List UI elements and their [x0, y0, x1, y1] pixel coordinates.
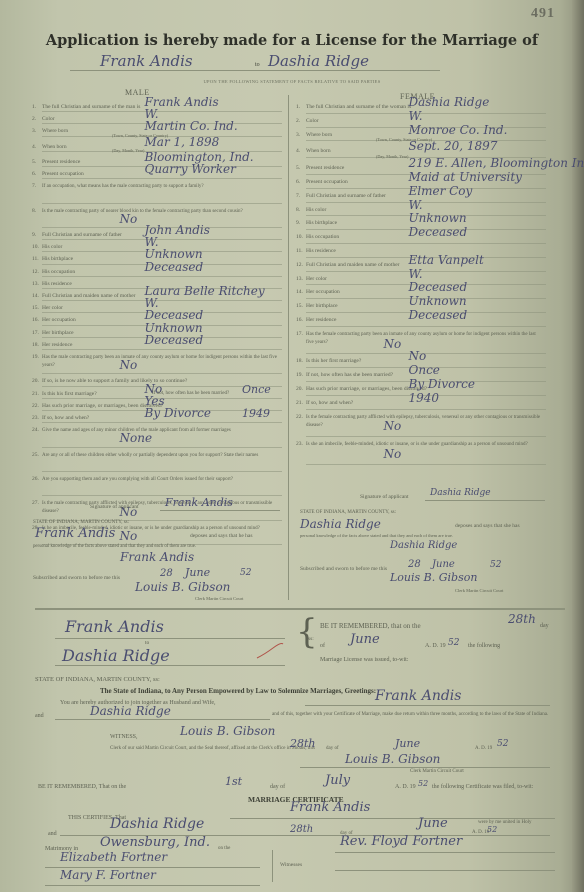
certificate-officiant: Rev. Floyd Fortner	[340, 834, 462, 849]
female-affidavit-text1: deposes and says that she has	[455, 523, 520, 529]
male-field-value: Quarry Worker	[145, 162, 236, 176]
male-field-label: His color	[42, 244, 62, 250]
certificate-witness-1: Elizabeth Fortner	[60, 850, 167, 864]
male-field-number: 26.	[32, 476, 39, 482]
male-subscribed-year: 52	[240, 568, 251, 578]
female-field-value: Deceased	[409, 308, 468, 322]
female-field-value: No	[384, 419, 402, 433]
male-field-number: 4.	[32, 144, 36, 150]
male-field-rule	[42, 373, 282, 374]
female-field-number: 3.	[296, 132, 300, 138]
certificate-witness-2-rule	[45, 885, 260, 886]
female-field-value: By Divorce	[409, 377, 475, 391]
male-field-extra-value: Once	[242, 383, 271, 396]
female-field-value: Maid at University	[409, 170, 522, 184]
license-day-suffix: day	[540, 623, 549, 629]
female-field-label: Present occupation	[306, 179, 348, 185]
certificate-cert-day: 28th	[290, 824, 313, 835]
male-field-rule	[42, 471, 282, 472]
female-field-value: No	[384, 337, 402, 351]
female-field-rule	[306, 436, 546, 437]
license-witness-year: 52	[497, 739, 508, 749]
female-field-label: Her birthplace	[306, 303, 338, 309]
book-binding	[572, 0, 584, 892]
certificate-day-of: day of	[270, 784, 285, 790]
male-field-value: No	[120, 358, 138, 372]
certificate-and: and	[48, 831, 57, 837]
female-signature-label: Signature of applicant	[360, 494, 409, 500]
certificate-witness-2: Mary F. Fortner	[60, 868, 156, 882]
male-signature-rule	[160, 510, 280, 511]
female-field-value: Once	[409, 363, 440, 377]
male-field-label: Present residence	[42, 159, 80, 165]
certificate-place: Owensburg, Ind.	[100, 835, 210, 850]
female-field-value: Elmer Coy	[409, 184, 473, 198]
female-field-label: Is the female contracting party afflicte…	[306, 414, 542, 430]
female-field-label: Her occupation	[306, 289, 340, 295]
female-field-label: Full Christian and maiden name of mother	[306, 262, 399, 268]
female-field-rule	[306, 113, 546, 114]
license-clerk-signature: Louis B. Gibson	[345, 752, 440, 766]
license-groom-rule	[305, 705, 550, 706]
male-field-label: Is the male contracting party afflicted …	[42, 500, 278, 516]
female-field-number: 16.	[296, 317, 303, 323]
female-affidavit-name: Dashia Ridge	[300, 517, 381, 531]
female-field-label: Present residence	[306, 165, 344, 171]
female-clerk-title: Clerk Martin Circuit Court	[455, 588, 503, 593]
female-field-number: 7.	[296, 193, 300, 199]
male-field-value: By Divorce	[145, 406, 211, 420]
license-witness-month: June	[395, 737, 420, 750]
female-field-number: 6.	[296, 179, 300, 185]
female-field-number: 23.	[296, 441, 303, 447]
male-field-value: No	[120, 529, 138, 543]
license-month: June	[350, 632, 380, 647]
witnesses-divider	[272, 850, 273, 882]
male-field-number: 22.	[32, 403, 39, 409]
male-field-rule	[42, 276, 282, 277]
male-field-label: Is this his first marriage?	[42, 391, 97, 397]
male-field-label: His occupation	[42, 269, 75, 275]
male-field-number: 2.	[32, 116, 36, 122]
female-field-label: If not, how often has she been married?	[306, 372, 393, 378]
female-subscribed-text: Subscribed and sworn to before me this	[300, 566, 387, 572]
female-field-rule	[306, 464, 546, 465]
male-field-value: None	[120, 431, 153, 445]
male-field-label: Where born	[42, 128, 68, 134]
male-field-label: Are you supporting them and are you comp…	[42, 476, 278, 484]
female-field-number: 17.	[296, 331, 303, 337]
bride-name-header: Dashia Ridge	[268, 52, 369, 70]
female-field-value: No	[409, 349, 427, 363]
male-field-label: If an occupation, what means has the mal…	[42, 183, 278, 191]
female-field-label: Full Christian and surname of father	[306, 193, 386, 199]
female-field-number: 4.	[296, 148, 300, 154]
female-field-number: 18.	[296, 358, 303, 364]
male-subscribed-text: Subscribed and sworn to before me this	[33, 575, 120, 581]
female-field-number: 20.	[296, 386, 303, 392]
male-field-label: If so, how and when?	[42, 415, 89, 421]
female-field-note: (Day, Month, Year)	[376, 154, 408, 159]
license-and: and	[35, 713, 44, 719]
male-field-number: 6.	[32, 171, 36, 177]
certificate-year: 52	[418, 779, 428, 788]
certificate-on-the: on the	[218, 846, 230, 851]
certificate-ad: A. D. 19	[395, 784, 416, 790]
male-field-rule	[42, 300, 282, 301]
female-field-value: W.	[409, 109, 423, 123]
male-clerk-signature: Louis B. Gibson	[135, 580, 230, 594]
license-ss: ss:	[308, 636, 314, 642]
male-field-rule	[42, 495, 282, 496]
male-field-number: 15.	[32, 305, 39, 311]
male-field-number: 13.	[32, 281, 39, 287]
license-party2: Dashia Ridge	[62, 646, 170, 665]
female-affidavit-state: STATE OF INDIANA, MARTIN COUNTY, ss:	[300, 510, 396, 515]
female-field-label: Where born	[306, 132, 332, 138]
license-ad: A. D. 19	[425, 643, 446, 649]
certificate-following: the following Certificate was filed, to-…	[432, 784, 533, 790]
female-field-label: His occupation	[306, 234, 339, 240]
license-greeting: The State of Indiana, to Any Person Empo…	[100, 687, 376, 695]
female-field-label: Is this her first marriage?	[306, 358, 361, 364]
male-field-label: Is the male contracting party of nearer …	[42, 208, 278, 216]
male-field-label: Her birthplace	[42, 330, 74, 336]
female-field-number: 19.	[296, 372, 303, 378]
male-field-label: If so, is he now able to support a famil…	[42, 378, 187, 384]
male-field-number: 14.	[32, 293, 39, 299]
male-field-number: 7.	[32, 183, 36, 189]
male-field-label: Color	[42, 116, 55, 122]
male-field-label: Are any or all of these children either …	[42, 452, 278, 460]
license-day: 28th	[508, 612, 536, 626]
female-field-label: If so, how and when?	[306, 400, 353, 406]
certificate-extra-rule	[335, 870, 555, 871]
female-field-value: Deceased	[409, 225, 468, 239]
male-field-label: Give the name and ages of any minor chil…	[42, 427, 278, 435]
document-page: 491 Application is hereby made for a Lic…	[0, 0, 584, 892]
male-field-rule	[42, 422, 282, 423]
male-signature: Frank Andis	[165, 496, 233, 509]
female-field-label: His birthplace	[306, 220, 337, 226]
license-witness-ad: A. D. 19	[475, 746, 492, 751]
male-signature-label: Signature of applicant	[90, 504, 139, 510]
male-field-label: Her occupation	[42, 317, 76, 323]
male-field-rule	[42, 203, 282, 204]
male-field-value: No	[120, 212, 138, 226]
female-field-number: 1.	[296, 104, 300, 110]
male-affidavit-text2: personal knowledge of the facts above st…	[33, 544, 196, 549]
male-field-number: 25.	[32, 452, 39, 458]
certificate-officiant-rule	[335, 852, 555, 853]
female-field-number: 9.	[296, 220, 300, 226]
male-affidavit-text1: deposes and says that he has	[190, 533, 252, 539]
license-bride-rule	[55, 719, 270, 720]
female-field-rule	[306, 243, 546, 244]
female-field-label: When born	[306, 148, 331, 154]
parties-rule	[70, 70, 440, 71]
license-top-rule	[35, 608, 565, 610]
male-field-label: Her color	[42, 305, 63, 311]
male-field-number: 20.	[32, 378, 39, 384]
male-field-value: Deceased	[145, 333, 204, 347]
red-check-mark	[255, 642, 285, 662]
license-party1-rule	[55, 638, 285, 639]
female-field-number: 14.	[296, 289, 303, 295]
license-be-it-remembered: BE IT REMEMBERED, that on the	[320, 622, 421, 630]
female-field-rule	[306, 202, 546, 203]
female-field-value: Etta Vanpelt	[409, 253, 484, 267]
license-clerk-title: Clerk Martin Circuit Court	[410, 769, 464, 774]
certificate-groom: Frank Andis	[290, 800, 370, 815]
parties-connector: to	[255, 62, 260, 68]
female-subscribed-year: 52	[490, 560, 501, 570]
female-signature-rule	[425, 500, 545, 501]
female-field-rule	[306, 409, 546, 410]
male-field-number: 12.	[32, 269, 39, 275]
center-divider	[288, 95, 289, 600]
female-field-rule	[306, 271, 546, 272]
license-day-of: day of	[326, 746, 339, 751]
male-field-note: (Day, Month, Year)	[112, 148, 144, 153]
female-field-label: Her color	[306, 276, 327, 282]
male-field-rule	[42, 447, 282, 448]
male-clerk-title: Clerk Martin Circuit Court	[195, 596, 243, 601]
female-subscribed-month: June	[432, 559, 455, 570]
male-field-label: Her residence	[42, 342, 72, 348]
male-field-value: Laura Belle Ritchey	[145, 284, 265, 298]
female-field-value: W.	[409, 198, 423, 212]
license-state: STATE OF INDIANA, MARTIN COUNTY, ss:	[35, 676, 160, 683]
certificate-day: 1st	[225, 775, 242, 788]
female-affidavit-text2: personal knowledge of the facts above st…	[300, 533, 453, 538]
female-field-value: Unknown	[409, 294, 467, 308]
female-field-value: Sept. 20, 1897	[409, 139, 498, 153]
certificate-cert-month: June	[418, 816, 448, 831]
male-affidavit-state: STATE OF INDIANA, MARTIN COUNTY, ss:	[33, 520, 129, 525]
document-title: Application is hereby made for a License…	[0, 32, 584, 49]
male-field-label: Full Christian and maiden name of mother	[42, 293, 135, 299]
male-affidavit-signature: Frank Andis	[120, 550, 194, 564]
female-field-label: His residence	[306, 248, 336, 254]
male-field-label: Present occupation	[42, 171, 84, 177]
certificate-bride: Dashia Ridge	[110, 816, 204, 832]
female-clerk-signature: Louis B. Gibson	[390, 571, 477, 584]
certificate-cert-year: 52	[487, 825, 497, 834]
male-field-rule	[42, 178, 282, 179]
male-field-number: 18.	[32, 342, 39, 348]
license-witness-day: 28th	[290, 737, 316, 750]
female-field-value: Unknown	[409, 211, 467, 225]
license-brace: {	[296, 612, 318, 652]
female-field-number: 15.	[296, 303, 303, 309]
groom-name-header: Frank Andis	[100, 52, 193, 70]
female-field-rule	[306, 326, 546, 327]
female-field-value: No	[384, 447, 402, 461]
license-of: of	[320, 643, 325, 649]
female-signature: Dashia Ridge	[430, 488, 491, 498]
male-field-label: When born	[42, 144, 67, 150]
male-field-number: 5.	[32, 159, 36, 165]
license-clerk-rule	[300, 767, 550, 768]
female-field-value: Monroe Co. Ind.	[409, 123, 508, 137]
male-subscribed-day: 28	[160, 568, 173, 579]
female-field-number: 22.	[296, 414, 303, 420]
female-field-number: 10.	[296, 234, 303, 240]
male-field-label: The full Christian and surname of the ma…	[42, 104, 140, 110]
male-affidavit-name: Frank Andis	[35, 526, 115, 541]
license-witness-clerk: Louis B. Gibson	[180, 724, 275, 738]
female-field-number: 2.	[296, 118, 300, 124]
female-subscribed-day: 28	[408, 559, 421, 570]
female-field-value: 1940	[409, 391, 440, 405]
certificate-witnesses-label: Witnesses	[280, 862, 302, 868]
male-field-label: Has the male contracting party been an i…	[42, 354, 278, 370]
female-field-number: 21.	[296, 400, 303, 406]
male-field-number: 16.	[32, 317, 39, 323]
female-field-number: 12.	[296, 262, 303, 268]
license-year: 52	[448, 638, 459, 648]
page-number: 491	[531, 6, 555, 22]
male-field-number: 27.	[32, 500, 39, 506]
female-field-label: Her residence	[306, 317, 336, 323]
male-field-number: 23.	[32, 415, 39, 421]
female-field-value: Dashia Ridge	[409, 95, 490, 109]
license-party2-rule	[55, 665, 285, 666]
license-issued: Marriage License was issued, to-wit:	[320, 657, 408, 663]
male-field-number: 10.	[32, 244, 39, 250]
male-field-label: His residence	[42, 281, 72, 287]
license-bride: Dashia Ridge	[90, 704, 171, 718]
female-field-number: 5.	[296, 165, 300, 171]
male-field-number: 19.	[32, 354, 39, 360]
license-witness-label: WITNESS,	[110, 734, 138, 740]
male-field-number: 21.	[32, 391, 39, 397]
certificate-groom-rule	[230, 818, 555, 819]
certificate-be-it-remembered: BE IT REMEMBERED, That on the	[38, 784, 126, 790]
female-field-value: 219 E. Allen, Bloomington Ind.	[409, 156, 584, 170]
license-groom: Frank Andis	[375, 688, 461, 704]
male-field-rule	[42, 349, 282, 350]
female-affidavit-signature: Dashia Ridge	[390, 540, 457, 551]
male-field-value: Mar 1, 1898	[145, 135, 220, 149]
female-field-label: His color	[306, 207, 326, 213]
certificate-month: July	[325, 773, 350, 788]
male-field-value: Martin Co. Ind.	[145, 119, 238, 133]
female-field-number: 13.	[296, 276, 303, 282]
document-subtitle: UPON THE FOLLOWING STATEMENT OF FACTS RE…	[0, 79, 584, 84]
female-field-label: Is she an imbecile, feeble-minded, idiot…	[306, 441, 542, 449]
male-field-number: 9.	[32, 232, 36, 238]
male-subscribed-month: June	[185, 566, 210, 579]
male-field-rule	[42, 111, 282, 112]
male-field-number: 17.	[32, 330, 39, 336]
male-field-rule	[42, 239, 282, 240]
female-field-label: The full Christian and surname of the wo…	[306, 104, 411, 110]
female-field-number: 11.	[296, 248, 303, 254]
female-field-number: 8.	[296, 207, 300, 213]
male-field-label: His birthplace	[42, 256, 73, 262]
license-return-text: and of this, together with your Certific…	[272, 712, 552, 717]
male-field-label: Full Christian and surname of father	[42, 232, 122, 238]
female-field-label: Color	[306, 118, 319, 124]
male-field-number: 3.	[32, 128, 36, 134]
male-field-number: 8.	[32, 208, 36, 214]
license-following: the following	[468, 643, 500, 649]
male-field-extra-value: 1949	[242, 407, 270, 420]
license-party1: Frank Andis	[65, 617, 164, 636]
male-field-value: Deceased	[145, 260, 204, 274]
male-field-number: 11.	[32, 256, 39, 262]
license-witness-text: Clerk of our said Martin Circuit Court, …	[110, 746, 315, 751]
female-field-label: Has the female contracting party been an…	[306, 331, 542, 347]
female-field-value: W.	[409, 267, 423, 281]
male-field-number: 24.	[32, 427, 39, 433]
female-field-value: Deceased	[409, 280, 468, 294]
male-field-number: 1.	[32, 104, 36, 110]
